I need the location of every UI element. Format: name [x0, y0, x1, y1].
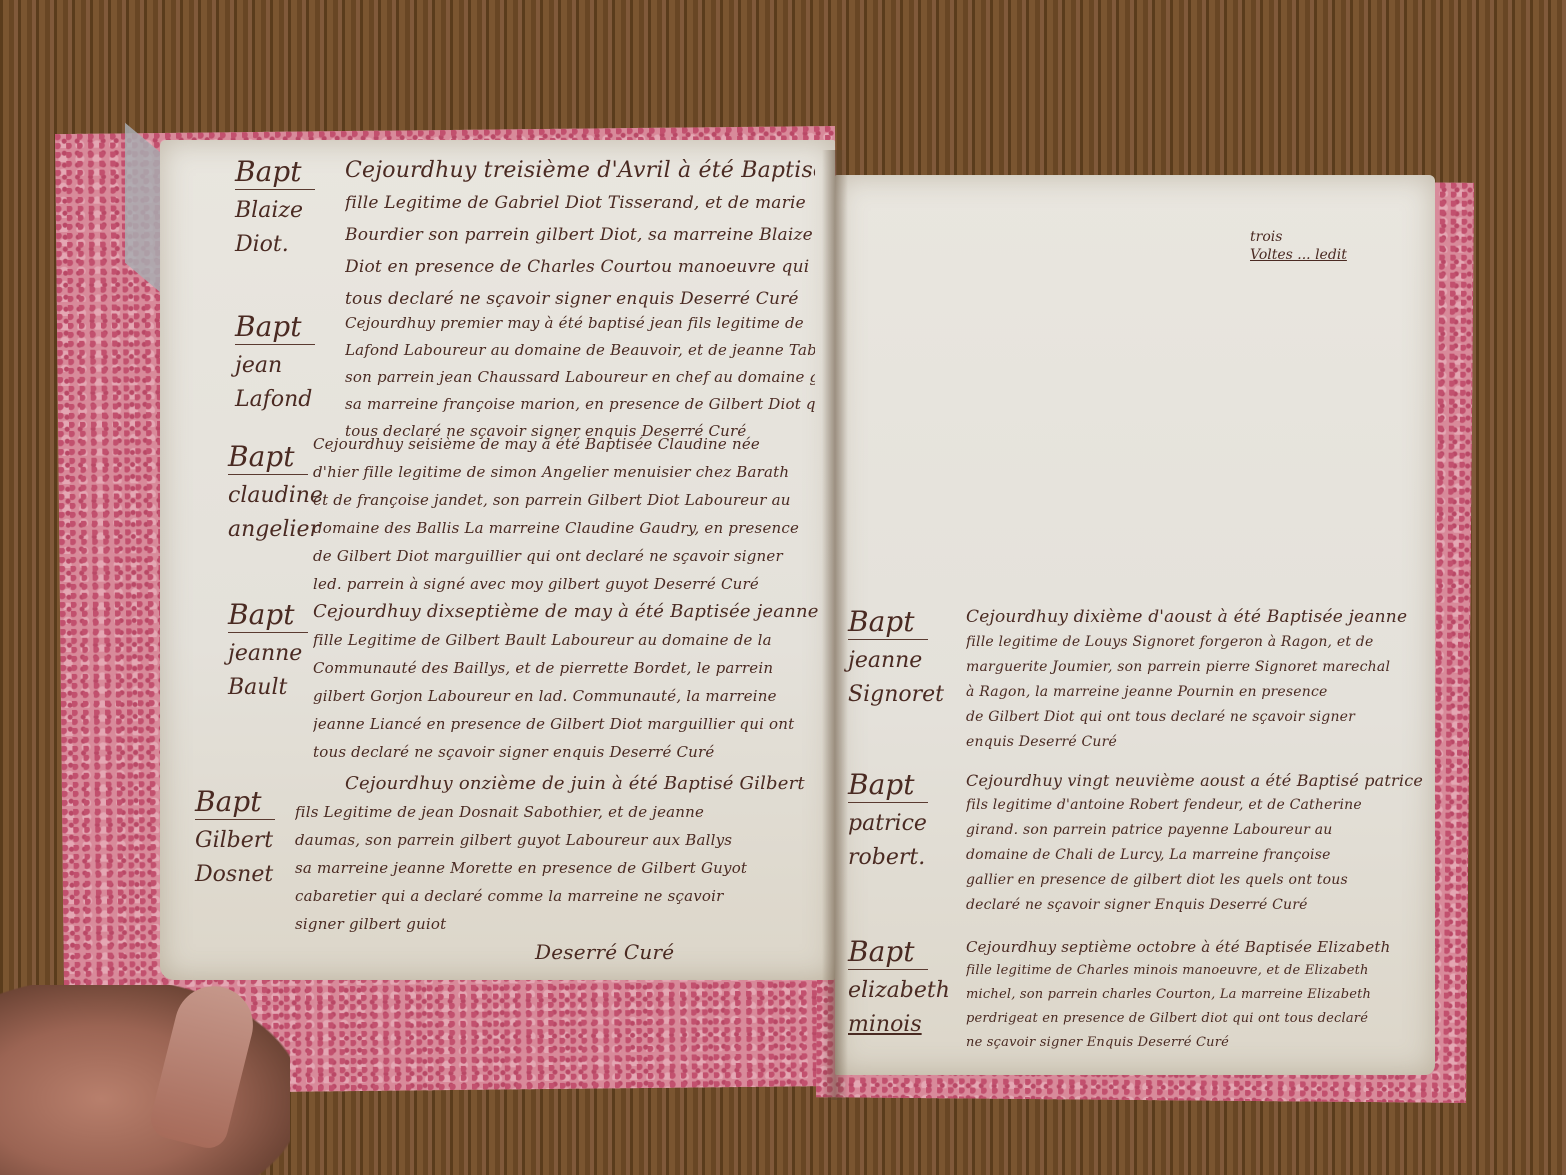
entry-line: Cejourdhuy treisième d'Avril à été Bapti… [345, 155, 815, 187]
entry-text: Cejourdhuy vingt neuvième aoust a été Ba… [966, 768, 1436, 918]
child-last-name: Dosnet [195, 858, 290, 892]
corner-annotation: trois Voltes ... ledit [1250, 228, 1347, 264]
bapt-heading: Bapt [228, 440, 308, 475]
entry-line: Cejourdhuy premier may à été baptisé jea… [345, 310, 815, 337]
entry-line: fille Legitime de Gabriel Diot Tisserand… [345, 187, 815, 219]
entry-line: sa marreine jeanne Morette en presence d… [295, 854, 815, 882]
bapt-heading: Bapt [235, 310, 315, 345]
entry-line: tous declaré ne sçavoir signer enquis De… [313, 738, 818, 766]
entry-line: gallier en presence de gilbert diot les … [966, 868, 1436, 893]
entry-margin: Bapt Blaize Diot. [235, 155, 330, 262]
bapt-heading: Bapt [228, 598, 308, 633]
entry-line: michel, son parrein charles Courton, La … [966, 983, 1436, 1007]
child-first-name: jean [235, 349, 330, 383]
entry-line: led. parrein à signé avec moy gilbert gu… [313, 570, 818, 598]
entry-line: marguerite Joumier, son parrein pierre S… [966, 655, 1436, 680]
entry-text: Cejourdhuy septième octobre à été Baptis… [966, 935, 1436, 1055]
entry-text: Cejourdhuy dixième d'aoust à été Baptisé… [966, 605, 1436, 755]
entry-line: perdrigeat en presence de Gilbert diot q… [966, 1007, 1436, 1031]
entry-line: jeanne Liancé en presence de Gilbert Dio… [313, 710, 818, 738]
book-gutter [822, 150, 848, 1100]
entry-line: Diot en presence de Charles Courtou mano… [345, 251, 815, 283]
entry-text: Cejourdhuy seisième de may à été Baptisé… [313, 430, 818, 598]
entry-line: ne sçavoir signer Enquis Deserré Curé [966, 1031, 1436, 1055]
child-last-name: Signoret [848, 678, 943, 712]
child-first-name: Gilbert [195, 824, 290, 858]
entry-line: domaine de Chali de Lurcy, La marreine f… [966, 843, 1436, 868]
entry-line: et de françoise jandet, son parrein Gilb… [313, 486, 818, 514]
child-first-name: claudine [228, 479, 323, 513]
entry-text: Cejourdhuy dixseptième de may à été Bapt… [313, 598, 818, 766]
child-first-name: elizabeth [848, 974, 943, 1008]
bapt-heading: Bapt [195, 785, 275, 820]
entry-line: à Ragon, la marreine jeanne Pournin en p… [966, 680, 1436, 705]
corner-note-line2: Voltes ... ledit [1250, 246, 1347, 264]
cure-signature: Deserré Curé [535, 938, 674, 966]
entry-line: Cejourdhuy onzième de juin à été Baptisé… [295, 770, 815, 798]
entry-line: cabaretier qui a declaré comme la marrei… [295, 882, 815, 910]
child-last-name: robert. [848, 841, 943, 875]
entry-line: d'hier fille legitime de simon Angelier … [313, 458, 818, 486]
entry-margin: Bapt jeanne Signoret [848, 605, 943, 712]
entry-line: Cejourdhuy vingt neuvième aoust a été Ba… [966, 768, 1436, 793]
entry-line: Cejourdhuy seisième de may à été Baptisé… [313, 430, 818, 458]
entry-line: de Gilbert Diot marguillier qui ont decl… [313, 542, 818, 570]
entry-line: Cejourdhuy septième octobre à été Baptis… [966, 935, 1436, 959]
entry-margin: Bapt jean Lafond [235, 310, 330, 417]
entry-line: fille Legitime de Gilbert Bault Laboureu… [313, 626, 818, 654]
entry-margin: Bapt patrice robert. [848, 768, 943, 875]
entry-line: son parrein jean Chaussard Laboureur en … [345, 364, 815, 391]
entry-line: sa marreine françoise marion, en presenc… [345, 391, 815, 418]
entry-margin: Bapt elizabeth minois [848, 935, 943, 1042]
entry-margin: Bapt claudine angelier [228, 440, 323, 547]
entry-text: Cejourdhuy onzième de juin à été Baptisé… [295, 770, 815, 968]
bapt-heading: Bapt [235, 155, 315, 190]
entry-line: fille legitime de Charles minois manoeuv… [966, 959, 1436, 983]
entry-line: fille legitime de Louys Signoret forgero… [966, 630, 1436, 655]
entry-line: declaré ne sçavoir signer Enquis Deserré… [966, 893, 1436, 918]
entry-line: fils legitime d'antoine Robert fendeur, … [966, 793, 1436, 818]
child-first-name: jeanne [228, 637, 323, 671]
entry-line: Bourdier son parrein gilbert Diot, sa ma… [345, 219, 815, 251]
entry-text: Cejourdhuy premier may à été baptisé jea… [345, 310, 815, 445]
bapt-heading: Bapt [848, 768, 928, 803]
entry-text: Cejourdhuy treisième d'Avril à été Bapti… [345, 155, 815, 315]
entry-line: Communauté des Baillys, et de pierrette … [313, 654, 818, 682]
entry-line: fils Legitime de jean Dosnait Sabothier,… [295, 798, 815, 826]
entry-line: Cejourdhuy dixseptième de may à été Bapt… [313, 598, 818, 626]
entry-line: gilbert Gorjon Laboureur en lad. Communa… [313, 682, 818, 710]
entry-line: daumas, son parrein gilbert guyot Labour… [295, 826, 815, 854]
entry-margin: Bapt jeanne Bault [228, 598, 323, 705]
entry-line: signer gilbert guiot [295, 910, 815, 938]
bapt-heading: Bapt [848, 605, 928, 640]
entry-line: domaine des Ballis La marreine Claudine … [313, 514, 818, 542]
child-last-name: Bault [228, 671, 323, 705]
entry-signature-line: Deserré Curé [295, 938, 815, 968]
child-last-name: angelier [228, 513, 323, 547]
entry-line: enquis Deserré Curé [966, 730, 1436, 755]
child-first-name: patrice [848, 807, 943, 841]
corner-note-line1: trois [1250, 228, 1347, 246]
child-first-name: jeanne [848, 644, 943, 678]
child-last-name: Lafond [235, 383, 330, 417]
entry-line: Lafond Laboureur au domaine de Beauvoir,… [345, 337, 815, 364]
child-last-name: Diot. [235, 228, 330, 262]
bapt-heading: Bapt [848, 935, 928, 970]
child-first-name: Blaize [235, 194, 330, 228]
entry-line: Cejourdhuy dixième d'aoust à été Baptisé… [966, 605, 1436, 630]
child-last-name: minois [848, 1008, 943, 1042]
entry-line: de Gilbert Diot qui ont tous declaré ne … [966, 705, 1436, 730]
entry-line: girand. son parrein patrice payenne Labo… [966, 818, 1436, 843]
entry-margin: Bapt Gilbert Dosnet [195, 785, 290, 892]
